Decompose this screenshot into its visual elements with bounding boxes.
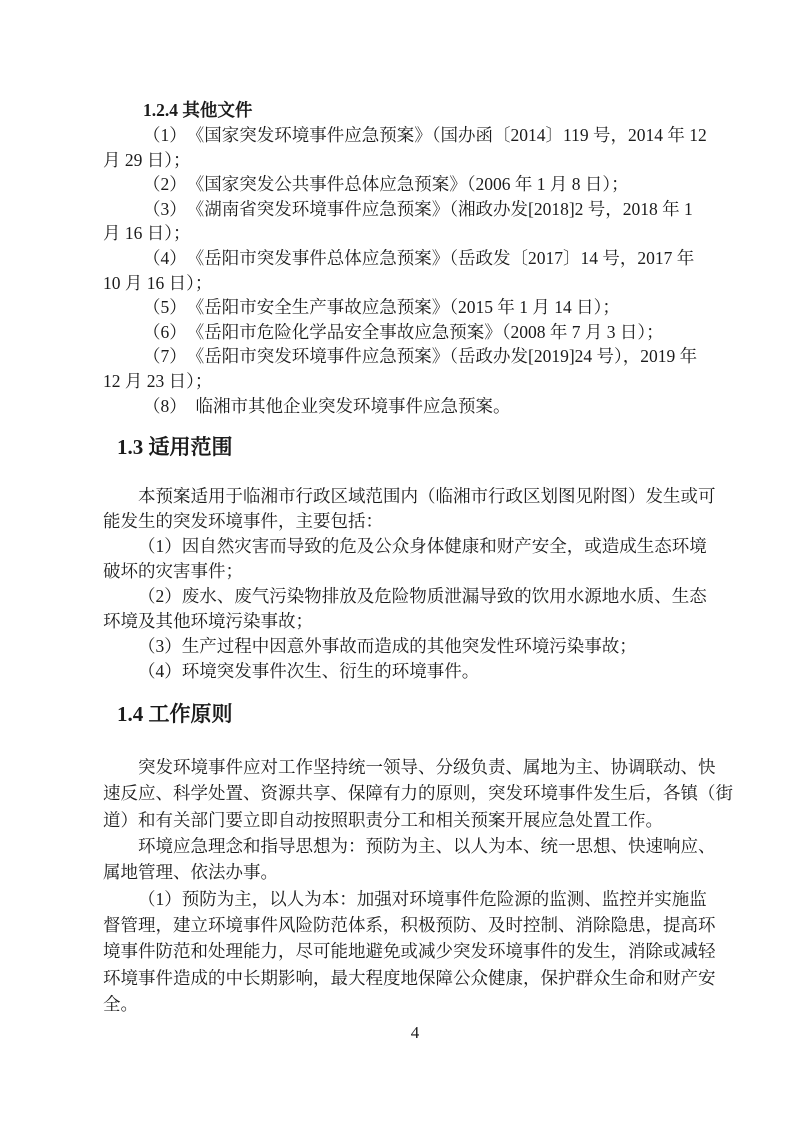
section-heading-1-2-4: 1.2.4 其他文件 bbox=[103, 97, 691, 123]
text-line: 督管理，建立环境事件风险防范体系，积极预防、及时控制、消除隐患，提高环 bbox=[103, 912, 691, 938]
text-line: 破坏的灾害事件； bbox=[103, 559, 691, 584]
text-line: 本预案适用于临湘市行政区域范围内（临湘市行政区划图见附图）发生或可 bbox=[103, 484, 691, 509]
section-heading-1-3: 1.3 适用范围 bbox=[103, 432, 691, 462]
page-content: 1.2.4 其他文件 （1） 《国家突发环境事件应急预案》（国办函〔2014〕1… bbox=[103, 97, 691, 1017]
text-line: 环境应急理念和指导思想为：预防为主、以人为本、统一思想、快速响应、 bbox=[103, 833, 691, 859]
text-line: 能发生的突发环境事件，主要包括： bbox=[103, 509, 691, 534]
text-line: 全。 bbox=[103, 991, 691, 1017]
text-line: 10 月 16 日）； bbox=[103, 271, 691, 296]
text-line: （7） 《岳阳市突发环境事件应急预案》（岳政办发[2019]24 号），2019… bbox=[103, 344, 691, 369]
text-line: （2） 《国家突发公共事件总体应急预案》（2006 年 1 月 8 日）； bbox=[103, 172, 691, 197]
text-line: （3）生产过程中因意外事故而造成的其他突发性环境污染事故； bbox=[103, 634, 691, 659]
text-line: 道）和有关部门要立即自动按照职责分工和相关预案开展应急处置工作。 bbox=[103, 807, 691, 833]
text-line: 速反应、科学处置、资源共享、保障有力的原则，突发环境事件发生后，各镇（街 bbox=[103, 780, 691, 806]
text-line: （5） 《岳阳市安全生产事故应急预案》（2015 年 1 月 14 日）； bbox=[103, 295, 691, 320]
text-line: （1）因自然灾害而导致的危及公众身体健康和财产安全，或造成生态环境 bbox=[103, 534, 691, 559]
text-line: （1） 《国家突发环境事件应急预案》（国办函〔2014〕119 号，2014 年… bbox=[103, 123, 691, 148]
text-line: 环境事件造成的中长期影响，最大程度地保障公众健康，保护群众生命和财产安 bbox=[103, 965, 691, 991]
text-line: （2）废水、废气污染物排放及危险物质泄漏导致的饮用水源地水质、生态 bbox=[103, 584, 691, 609]
text-line: （4）环境突发事件次生、衍生的环境事件。 bbox=[103, 659, 691, 684]
text-line: 环境及其他环境污染事故； bbox=[103, 609, 691, 634]
text-line: 境事件防范和处理能力，尽可能地避免或减少突发环境事件的发生，消除或减轻 bbox=[103, 938, 691, 964]
text-line: 属地管理、依法办事。 bbox=[103, 859, 691, 885]
text-line: 月 29 日）； bbox=[103, 148, 691, 173]
text-line: （6） 《岳阳市危险化学品安全事故应急预案》（2008 年 7 月 3 日）； bbox=[103, 320, 691, 345]
text-line: 月 16 日）； bbox=[103, 221, 691, 246]
text-line: （3） 《湖南省突发环境事件应急预案》（湘政办发[2018]2 号，2018 年… bbox=[103, 197, 691, 222]
text-line: （1）预防为主，以人为本：加强对环境事件危险源的监测、监控并实施监 bbox=[103, 886, 691, 912]
document-page: 1.2.4 其他文件 （1） 《国家突发环境事件应急预案》（国办函〔2014〕1… bbox=[0, 0, 793, 1122]
section-heading-1-4: 1.4 工作原则 bbox=[103, 699, 691, 729]
section-1-2-4-list: （1） 《国家突发环境事件应急预案》（国办函〔2014〕119 号，2014 年… bbox=[103, 123, 691, 418]
text-line: 12 月 23 日）； bbox=[103, 369, 691, 394]
section-1-3-body: 本预案适用于临湘市行政区域范围内（临湘市行政区划图见附图）发生或可能发生的突发环… bbox=[103, 484, 691, 684]
text-line: 突发环境事件应对工作坚持统一领导、分级负责、属地为主、协调联动、快 bbox=[103, 754, 691, 780]
page-number: 4 bbox=[375, 1020, 455, 1046]
section-1-4-body: 突发环境事件应对工作坚持统一领导、分级负责、属地为主、协调联动、快速反应、科学处… bbox=[103, 754, 691, 1017]
text-line: （8） 临湘市其他企业突发环境事件应急预案。 bbox=[103, 394, 691, 419]
text-line: （4） 《岳阳市突发事件总体应急预案》（岳政发〔2017〕14 号，2017 年 bbox=[103, 246, 691, 271]
